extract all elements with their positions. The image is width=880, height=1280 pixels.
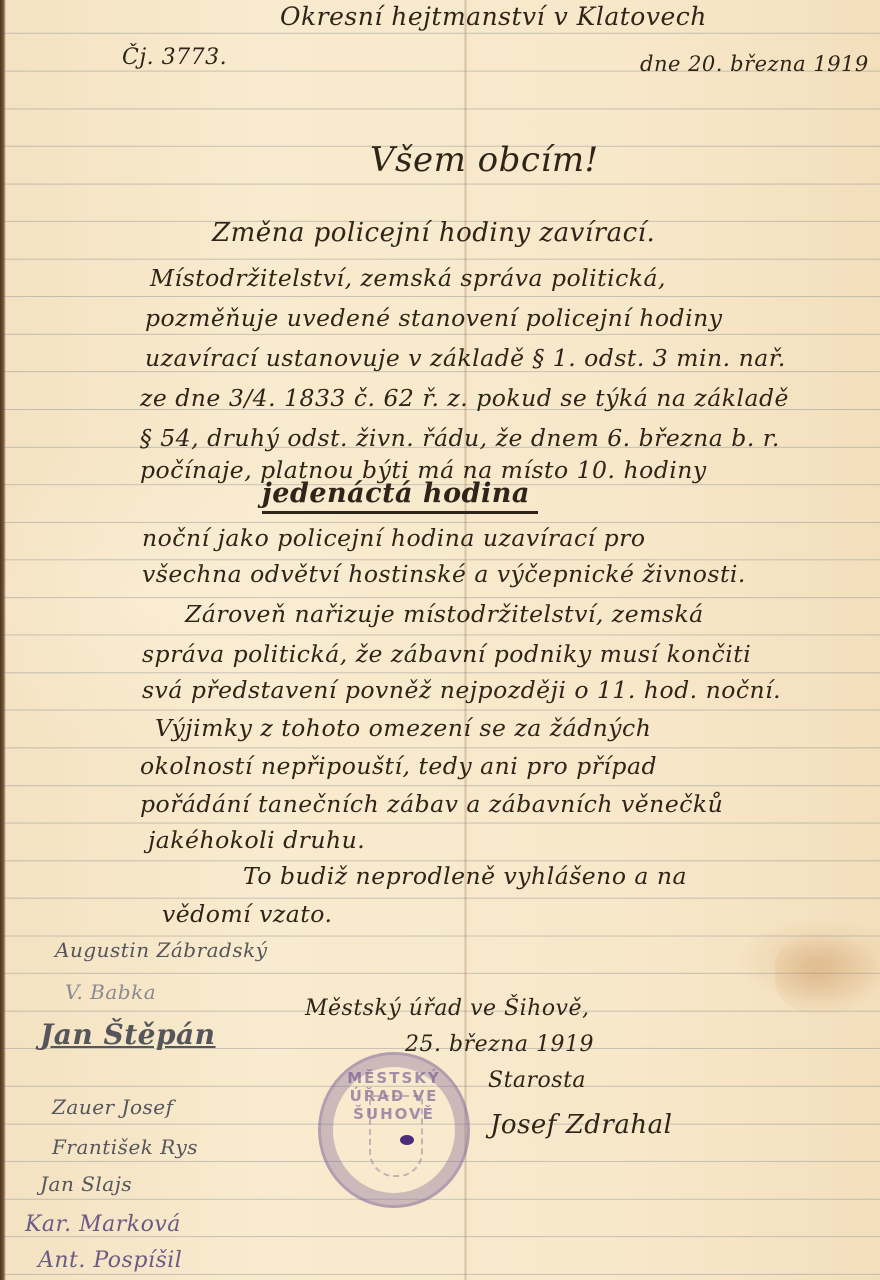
page-edge (0, 0, 6, 1280)
witness-signature: Jan Slajs (40, 1172, 132, 1196)
body-line: jakéhokoli druhu. (148, 826, 365, 854)
body-line: pořádání tanečních zábav a zábavních věn… (140, 790, 723, 818)
witness-signature: Jan Štěpán (40, 1018, 216, 1051)
document-page: Okresní hejtmanství v Klatovech Čj. 3773… (0, 0, 880, 1280)
mayor-signature: Josef Zdrahal (490, 1110, 672, 1140)
witness-signature: Ant. Pospíšil (38, 1248, 182, 1273)
body-line: všechna odvětví hostinské a výčepnické ž… (142, 560, 746, 588)
witness-signature: Kar. Marková (25, 1212, 181, 1237)
body-line: § 54, druhý odst. živn. řádu, že dnem 6.… (140, 424, 780, 452)
body-line: Výjimky z tohoto omezení se za žádných (155, 714, 651, 742)
body-line: uzavírací ustanovuje v základě § 1. odst… (145, 344, 786, 372)
body-line: pozměňuje uvedené stanovení policejní ho… (145, 304, 723, 332)
emphasized-hour: jedenáctá hodina (262, 478, 538, 514)
body-line: To budiž neprodleně vyhlášeno a na (243, 862, 687, 890)
official-stamp: MĚSTSKÝ ÚŘAD VE ŠUHOVĚ (318, 1052, 470, 1208)
body-line: Místodržitelství, zemská správa politick… (150, 264, 666, 292)
mayor-title: Starosta (488, 1068, 586, 1093)
water-stain (775, 935, 880, 1015)
closing-office: Městský úřad ve Šihově, (305, 996, 590, 1021)
ink-blot (400, 1135, 414, 1145)
witness-signature: V. Babka (65, 980, 156, 1004)
witness-signature: Zauer Josef (52, 1095, 174, 1119)
body-line: svá představení povněž nejpozději o 11. … (142, 676, 781, 704)
body-line: správa politická, že zábavní podniky mus… (142, 640, 751, 668)
witness-signature: František Rys (52, 1135, 198, 1159)
issue-date: dne 20. března 1919 (640, 52, 869, 76)
subject-line: Změna policejní hodiny zavírací. (212, 218, 655, 248)
body-line: ze dne 3/4. 1833 č. 62 ř. z. pokud se tý… (140, 384, 789, 412)
body-line: noční jako policejní hodina uzavírací pr… (142, 524, 646, 552)
body-line: okolností nepřipouští, tedy ani pro příp… (140, 752, 657, 780)
body-line: Zároveň nařizuje místodržitelství, zemsk… (185, 600, 704, 628)
addressee-heading: Všem obcím! (370, 140, 599, 180)
body-line: vědomí vzato. (162, 900, 332, 928)
closing-date: 25. března 1919 (405, 1032, 594, 1057)
reference-number: Čj. 3773. (122, 45, 227, 70)
crest-icon (369, 1095, 423, 1177)
issuing-office: Okresní hejtmanství v Klatovech (280, 2, 707, 31)
witness-signature: Augustin Zábradský (55, 938, 268, 962)
